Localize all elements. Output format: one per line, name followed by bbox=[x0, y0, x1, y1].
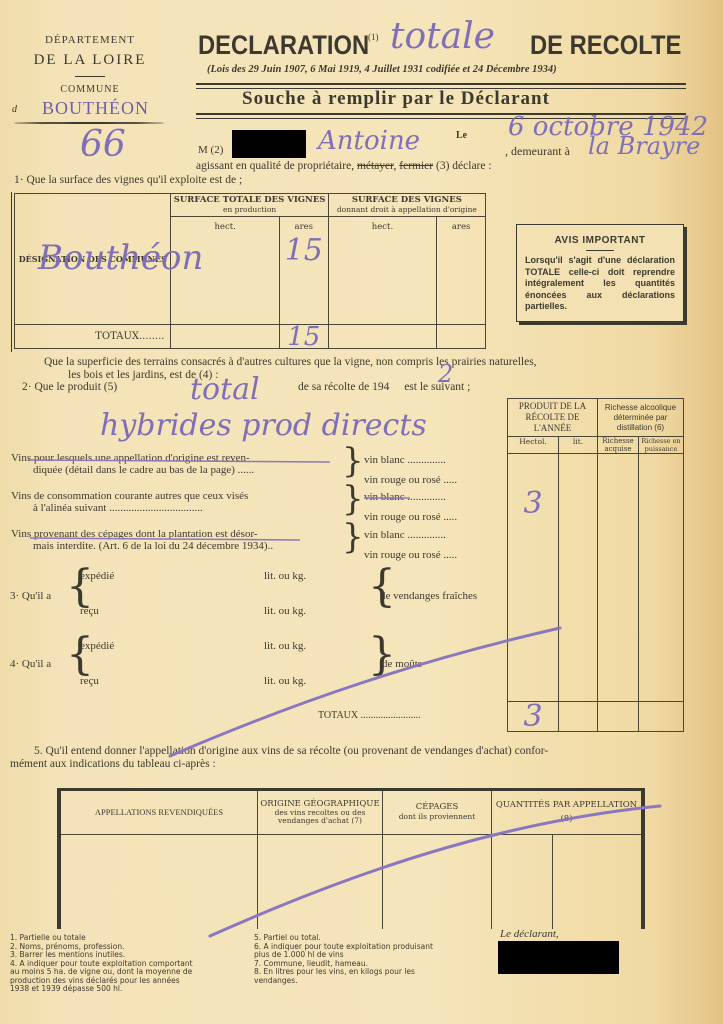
underline-interdits bbox=[30, 538, 300, 540]
crossout-line-lower bbox=[210, 806, 660, 936]
crossout-line-upper bbox=[170, 628, 560, 756]
underline-appellation bbox=[28, 460, 330, 462]
crossout-strokes bbox=[0, 0, 723, 1024]
